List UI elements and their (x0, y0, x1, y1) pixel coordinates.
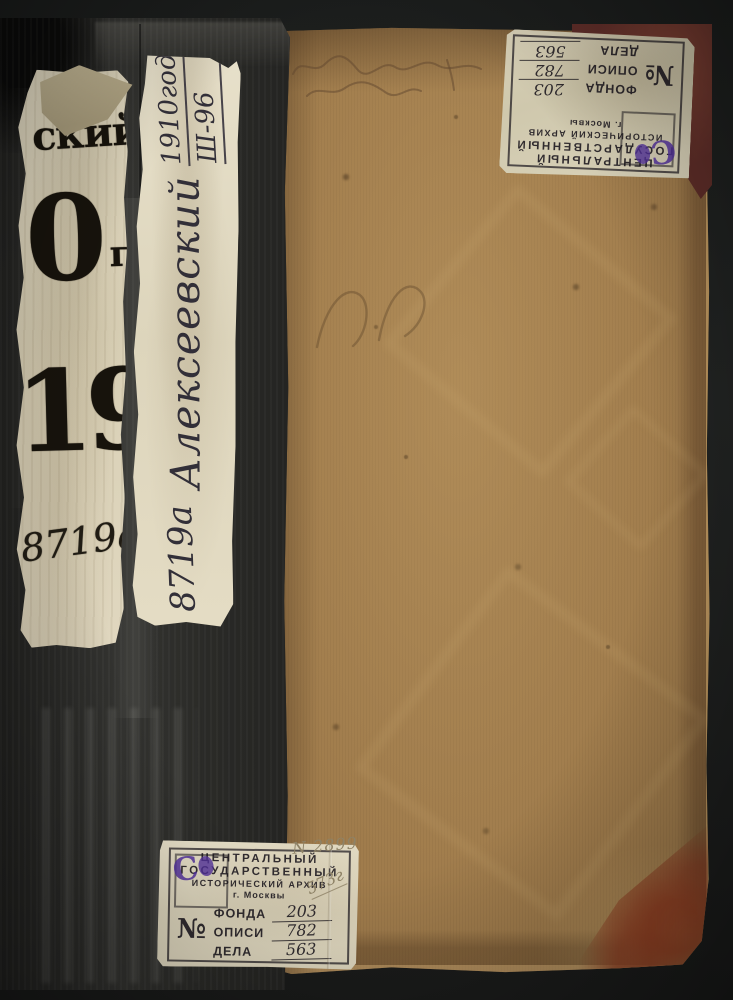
delo-value: 563 (520, 41, 580, 59)
stamp-border-box: С ЦЕНТРАЛЬНЫЙ ГОСУДАРСТВЕННЫЙ ИСТОРИЧЕСК… (507, 34, 685, 173)
spine-call-number: 8719а (160, 504, 204, 612)
torn-spine-label: ский 0 г 19 а 8719а (11, 70, 128, 649)
faint-pencil-scribble-top (287, 44, 502, 114)
archive-stamp-label-bottom: С ЦЕНТРАЛЬНЫЙ ГОСУДАРСТВЕННЫЙ ИСТОРИЧЕСК… (157, 840, 359, 969)
faint-pencil-scribble-middle (307, 262, 457, 362)
spine-title-text: 8719а Алексеевский 1910год Ш-96 (129, 55, 241, 626)
purple-ink-stamp: С (633, 134, 678, 170)
stamp-fields: № ФОНДА 203 ОПИСИ 782 ДЕЛА 563 (512, 39, 682, 103)
purple-ink-blob (634, 143, 651, 165)
label-fragment-year-digit: 0 (24, 189, 109, 288)
opis-label: ОПИСИ (213, 925, 271, 940)
opis-value: 782 (271, 922, 331, 942)
delo-row: ДЕЛА 563 (213, 940, 347, 960)
purple-ink-stamp: С (171, 849, 217, 886)
spine-year: 1910год (151, 48, 191, 167)
purple-ink-blob (198, 855, 216, 877)
spine-parish-name: Алексеевский (161, 176, 210, 490)
spine-code: Ш-96 (186, 46, 226, 165)
spine-title-label: 8719а Алексеевский 1910год Ш-96 (129, 55, 241, 626)
spine-year-code: 1910год Ш-96 (151, 46, 226, 167)
purple-ink-letter: С (649, 134, 678, 169)
number-sign: № (637, 58, 682, 91)
fond-label: ФОНДА (578, 80, 637, 97)
delo-label: ДЕЛА (580, 42, 639, 59)
archive-book-cover-photo: ский 0 г 19 а 8719а 8719а Алексеевский 1… (0, 0, 733, 1000)
archive-stamp-label-top: С ЦЕНТРАЛЬНЫЙ ГОСУДАРСТВЕННЫЙ ИСТОРИЧЕСК… (499, 29, 695, 181)
delo-value: 563 (271, 941, 331, 961)
number-sign: № (169, 913, 214, 945)
stamp-fields: № ФОНДА 203 ОПИСИ 782 ДЕЛА 563 (169, 900, 348, 960)
opis-value: 782 (520, 60, 580, 78)
delo-label: ДЕЛА (213, 944, 271, 959)
purple-ink-letter: С (171, 851, 201, 886)
stamp-border-box: С ЦЕНТРАЛЬНЫЙ ГОСУДАРСТВЕННЫЙ ИСТОРИЧЕСК… (167, 847, 351, 964)
fond-row: ФОНДА 203 (214, 902, 348, 922)
label-fragment-year: 0 г (24, 189, 133, 288)
opis-row: ОПИСИ 782 (213, 921, 347, 941)
fond-value: 203 (519, 79, 579, 97)
fond-value: 203 (272, 903, 332, 923)
opis-label: ОПИСИ (579, 61, 638, 78)
